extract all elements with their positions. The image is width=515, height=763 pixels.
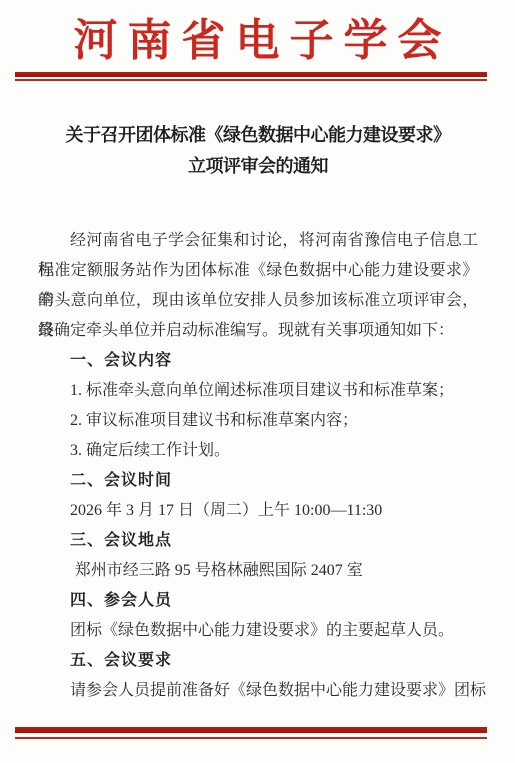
document-title-line1: 关于召开团体标准《绿色数据中心能力建设要求》 bbox=[38, 120, 478, 151]
footer-rule-thick bbox=[15, 727, 487, 733]
body-line: 二、会议时间 bbox=[38, 466, 478, 496]
footer-rule-thin bbox=[15, 737, 487, 739]
body-line: 团标《绿色数据中心能力建设要求》的主要起草人员。 bbox=[38, 616, 478, 646]
body-line: 五、会议要求 bbox=[38, 646, 478, 676]
body-line: 四、参会人员 bbox=[38, 586, 478, 616]
header-rule-thick bbox=[15, 72, 487, 77]
body-line: 标准定额服务站作为团体标准《绿色数据中心能力建设要求》的 bbox=[38, 256, 478, 286]
document-title-line2: 立项评审会的通知 bbox=[38, 151, 478, 182]
body-line: 2026 年 3 月 17 日（周二）上午 10:00—11:30 bbox=[38, 496, 478, 526]
body-line: 一、会议内容 bbox=[38, 346, 478, 376]
body-line: 3. 确定后续工作计划。 bbox=[38, 436, 478, 466]
body-line: 牵头意向单位，现由该单位安排人员参加该标准立项评审会，最 bbox=[38, 286, 478, 316]
body-line: 终确定牵头单位并启动标准编写。现就有关事项通知如下： bbox=[38, 316, 478, 346]
body-line: 三、会议地点 bbox=[38, 526, 478, 556]
body-line: 经河南省电子学会征集和讨论，将河南省豫信电子信息工程 bbox=[38, 226, 478, 256]
document-title: 关于召开团体标准《绿色数据中心能力建设要求》 立项评审会的通知 bbox=[38, 120, 478, 182]
scanned-notice-page: 河南省电子学会 关于召开团体标准《绿色数据中心能力建设要求》 立项评审会的通知 … bbox=[0, 0, 515, 763]
letterhead-org-name: 河南省电子学会 bbox=[0, 14, 515, 68]
body-line: 郑州市经三路 95 号格林融熙国际 2407 室 bbox=[38, 556, 478, 586]
body-line: 2. 审议标准项目建议书和标准草案内容； bbox=[38, 406, 478, 436]
header-rule-thin bbox=[15, 79, 487, 81]
body-line: 1. 标准牵头意向单位阐述标准项目建议书和标准草案； bbox=[38, 376, 478, 406]
document-body: 经河南省电子学会征集和讨论，将河南省豫信电子信息工程标准定额服务站作为团体标准《… bbox=[38, 226, 478, 706]
body-line: 请参会人员提前准备好《绿色数据中心能力建设要求》团标 bbox=[38, 676, 478, 706]
